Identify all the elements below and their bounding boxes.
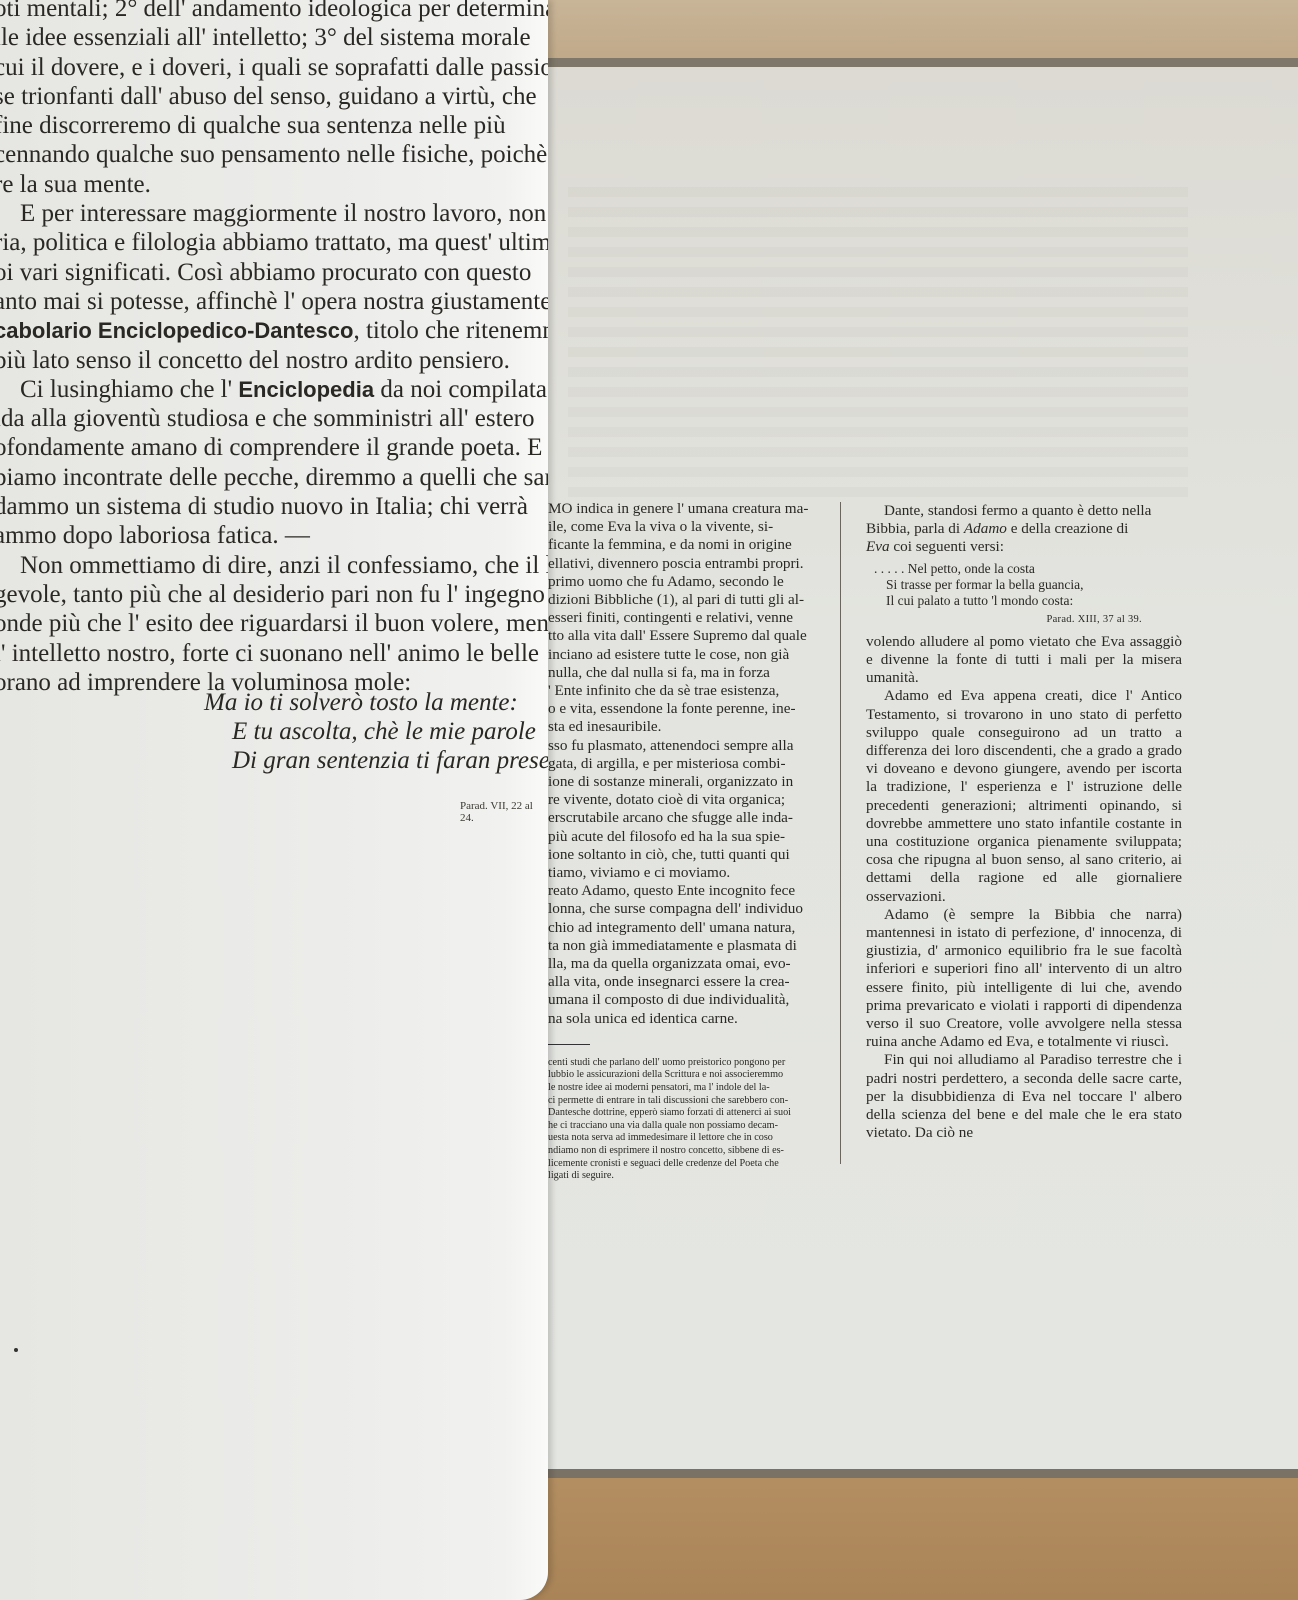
text-line: se trionfanti dall' abuso del senso, gui…: [0, 82, 548, 111]
footnote-line: uesta nota serva ad immedesimare il lett…: [548, 1132, 832, 1145]
text-line: ofondamente amano di comprendere il gran…: [0, 433, 548, 462]
text-line: dammo un sistema di studio nuovo in Ital…: [0, 492, 548, 521]
text-line: Non ommettiamo di dire, anzi il confessi…: [0, 551, 548, 580]
footnote-line: centi studi che parlano dell' uomo preis…: [548, 1057, 832, 1070]
text-line: oi vari significati. Così abbiamo procur…: [0, 258, 548, 287]
verse-citation: Parad. XIII, 37 al 39.: [866, 611, 1142, 629]
text-line: primo uomo che fu Adamo, secondo le: [548, 573, 832, 591]
text-line: tiamo, viviamo e ci moviamo.: [548, 864, 832, 882]
text-line: più acute del filosofo ed ha la sua spie…: [548, 828, 832, 846]
text-line: inciano ad esistere tutte le cose, non g…: [548, 646, 832, 664]
middle-column-text: MO indica in genere l' umana creatura ma…: [548, 500, 832, 1028]
text-line: re la sua mente.: [0, 170, 548, 199]
text-line: dizioni Bibbliche (1), al pari di tutti …: [548, 591, 832, 609]
text-line: o e vita, essendone la fonte perenne, in…: [548, 700, 832, 718]
verse-citation: Parad. VII, 22 al 24.: [460, 800, 548, 824]
text-line: cabolario Enciclopedico-Dantesco, titolo…: [0, 316, 548, 345]
text-line: gevole, tanto più che al desiderio pari …: [0, 580, 548, 609]
text-line: re vivente, dotato cioè di vita organica…: [548, 791, 832, 809]
text-line: ficante la femmina, e da nomi in origine: [548, 536, 832, 554]
paragraph: volendo alludere al pomo vietato che Eva…: [866, 633, 1182, 688]
text-line: ellativi, divennero poscia entrambi prop…: [548, 555, 832, 573]
intro-line-1: Dante, standosi fermo a quanto è detto n…: [866, 502, 1182, 520]
text-line: lonna, che surse compagna dell' individu…: [548, 900, 832, 918]
text-line: erscrutabile arcano che sfugge alle inda…: [548, 809, 832, 827]
text-line: chio ad integramento dell' umana natura,: [548, 919, 832, 937]
text-line: lla, ma da quella organizzata omai, evo-: [548, 955, 832, 973]
text-line: gata, di argilla, e per misteriosa combi…: [548, 755, 832, 773]
text-line: esseri finiti, contingenti e relativi, v…: [548, 609, 832, 627]
text-line: reato Adamo, questo Ente incognito fece: [548, 882, 832, 900]
text-line: cennando qualche suo pensamento nelle fi…: [0, 140, 548, 169]
left-page-text: oti mentali; 2° dell' andamento ideologi…: [0, 0, 548, 697]
verse-line: Ma io ti solverò tosto la mente:: [204, 688, 548, 717]
text-line: lle idee essenziali all' intelletto; 3° …: [0, 23, 548, 52]
footnote-line: licemente cronisti e seguaci delle crede…: [548, 1158, 832, 1171]
dante-verse: . . . . . Nel petto, onde la costa Si tr…: [866, 561, 1182, 609]
text-line: ile, come Eva la viva o la vivente, si-: [548, 518, 832, 536]
text-line: umana il composto di due individualità,: [548, 991, 832, 1009]
text-line: Ci lusinghiamo che l' Enciclopedia da no…: [0, 375, 548, 404]
middle-column: MO indica in genere l' umana creatura ma…: [548, 500, 832, 1183]
text-line: na sola unica ed identica carne.: [548, 1010, 832, 1028]
intro-line: Bibbia, parla di Adamo e della creazione…: [866, 520, 1182, 538]
footnote: centi studi che parlano dell' uomo preis…: [548, 1057, 832, 1183]
footnote-line: ndiamo non di esprimere il nostro concet…: [548, 1145, 832, 1158]
text-line: sso fu plasmato, attenendoci sempre alla: [548, 737, 832, 755]
verse-line: Di gran sentenzia ti faran presente.: [204, 746, 548, 775]
text-line: sta ed inesauribile.: [548, 718, 832, 736]
verse-line: Il cui palato a tutto 'l mondo costa:: [874, 593, 1182, 609]
verse-line: E tu ascolta, chè le mie parole: [204, 717, 548, 746]
text-line: E per interessare maggiormente il nostro…: [0, 199, 548, 228]
verse-line: . . . . . Nel petto, onde la costa: [874, 561, 1182, 577]
text-line: l' intelletto nostro, forte ci suonano n…: [0, 639, 548, 668]
verse-line: Si trasse per formar la bella guancia,: [874, 577, 1182, 593]
text-line: ida alla gioventù studiosa e che sommini…: [0, 404, 548, 433]
text-line: piamo incontrate delle pecche, diremmo a…: [0, 463, 548, 492]
column-divider: [840, 502, 841, 1164]
intro-text: Bibbia, parla di Adamo e della creazione…: [866, 520, 1182, 556]
left-verse: Ma io ti solverò tosto la mente: E tu as…: [204, 688, 548, 775]
text-line: cui il dovere, e i doveri, i quali se so…: [0, 53, 548, 82]
paragraph: Adamo (è sempre la Bibbia che narra) man…: [866, 906, 1182, 1052]
text-line: MO indica in genere l' umana creatura ma…: [548, 500, 832, 518]
text-line: fine discorreremo di qualche sua sentenz…: [0, 111, 548, 140]
text-line: nulla, che dal nulla si fa, ma in forza: [548, 664, 832, 682]
footnote-line: Dantesche dottrine, epperò siamo forzati…: [548, 1107, 832, 1120]
text-line: alla vita, onde insegnarci essere la cre…: [548, 973, 832, 991]
text-line: anto mai si potesse, affinchè l' opera n…: [0, 287, 548, 316]
left-page: oti mentali; 2° dell' andamento ideologi…: [0, 0, 548, 1600]
text-line: ' Ente infinito che da sè trae esistenza…: [548, 682, 832, 700]
show-through-text: [568, 187, 1188, 507]
text-line: oti mentali; 2° dell' andamento ideologi…: [0, 0, 548, 23]
text-line: onde più che l' esito dee riguardarsi il…: [0, 609, 548, 638]
ink-dot: [14, 1348, 18, 1352]
text-line: ammo dopo laboriosa fatica. —: [0, 521, 548, 550]
paragraph: Fin qui noi alludiamo al Paradiso terres…: [866, 1051, 1182, 1142]
text-line: ione soltanto in ciò, che, tutti quanti …: [548, 846, 832, 864]
text-line: ria, politica e filologia abbiamo tratta…: [0, 228, 548, 257]
paragraph: Adamo ed Eva appena creati, dice l' Anti…: [866, 687, 1182, 905]
footnote-line: ci permette di entrare in tali discussio…: [548, 1095, 832, 1108]
footnote-line: le nostre idee ai moderni pensatori, ma …: [548, 1082, 832, 1095]
text-line: tto alla vita dall' Essere Supremo dal q…: [548, 627, 832, 645]
footnote-line: he ci tracciano una via dalla quale non …: [548, 1120, 832, 1133]
right-column: Dante, standosi fermo a quanto è detto n…: [866, 502, 1182, 1143]
footnote-rule: [548, 1044, 590, 1045]
footnote-line: lubbio le assicurazioni della Scrittura …: [548, 1069, 832, 1082]
text-line: più lato senso il concetto del nostro ar…: [0, 346, 548, 375]
text-line: ione di sostanze minerali, organizzato i…: [548, 773, 832, 791]
intro-line: Eva coi seguenti versi:: [866, 538, 1182, 556]
text-line: ta non già immediatamente e plasmata di: [548, 937, 832, 955]
footnote-line: ligati di seguire.: [548, 1170, 832, 1183]
